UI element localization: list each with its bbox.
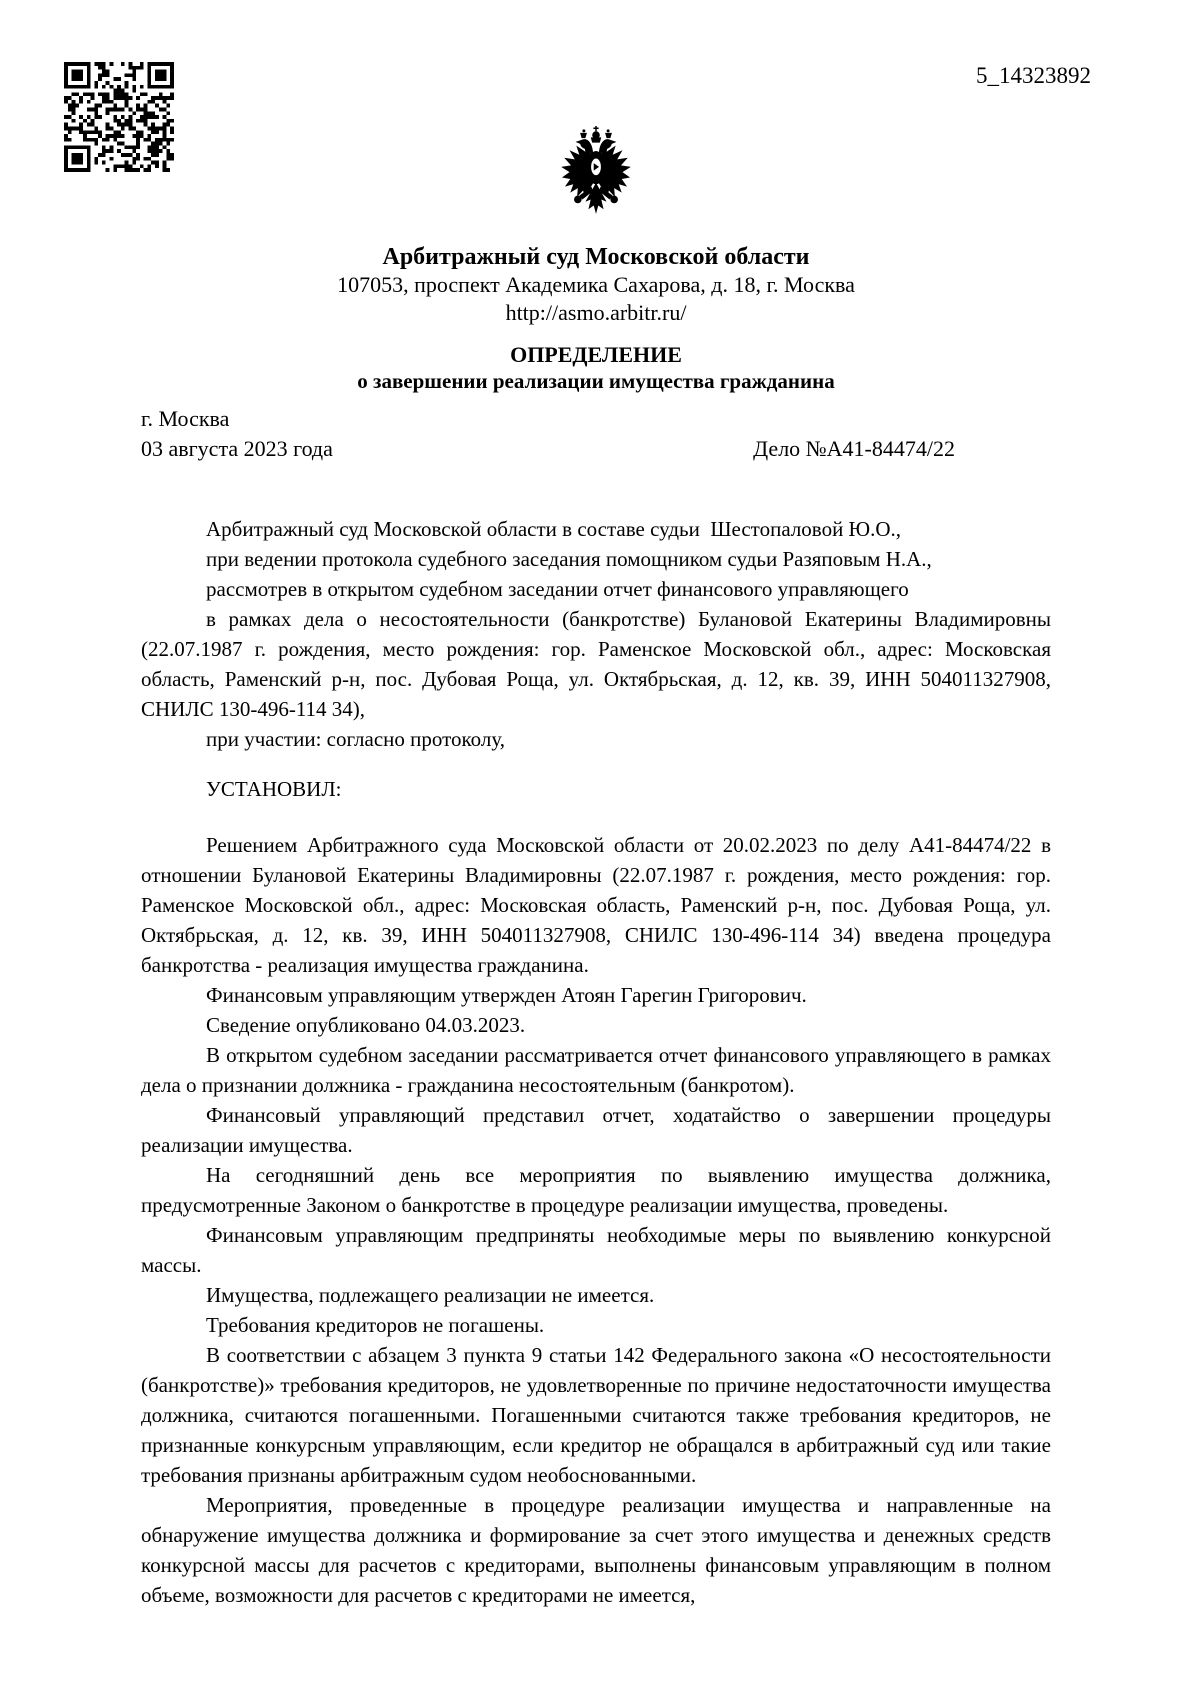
court-website: http://asmo.arbitr.ru/: [141, 299, 1051, 327]
preamble-review-line: рассмотрев в открытом судебном заседании…: [141, 574, 1051, 604]
document-number: 5_14323892: [976, 62, 1091, 90]
body-paragraph: Решением Арбитражного суда Московской об…: [141, 830, 1051, 980]
preamble-protocol-line: при ведении протокола судебного заседани…: [141, 544, 1051, 574]
preamble-case-paragraph: в рамках дела о несостоятельности (банкр…: [141, 604, 1051, 724]
document-date: 03 августа 2023 года: [141, 434, 333, 464]
body-paragraph: Финансовый управляющий представил отчет,…: [141, 1100, 1051, 1160]
case-number: Дело №А41-84474/22: [753, 434, 955, 464]
body-paragraph: Финансовым управляющим утвержден Атоян Г…: [141, 980, 1051, 1010]
established-heading: УСТАНОВИЛ:: [141, 774, 1051, 804]
body-paragraph: Сведение опубликовано 04.03.2023.: [141, 1010, 1051, 1040]
city-line: г. Москва: [141, 404, 1051, 434]
court-document-page: 5_14323892: [0, 0, 1191, 1684]
document-subtitle: о завершении реализации имущества гражда…: [141, 368, 1051, 394]
body-paragraph: В открытом судебном заседании рассматрив…: [141, 1040, 1051, 1100]
body-paragraph: На сегодняшний день все мероприятия по в…: [141, 1160, 1051, 1220]
preamble-participation-line: при участии: согласно протоколу,: [141, 724, 1051, 754]
body-paragraph: В соответствии с абзацем 3 пункта 9 стат…: [141, 1340, 1051, 1490]
document-type-title: ОПРЕДЕЛЕНИЕ: [141, 341, 1051, 368]
document-body: Решением Арбитражного суда Московской об…: [141, 830, 1051, 1610]
body-paragraph: Мероприятия, проведенные в процедуре реа…: [141, 1490, 1051, 1610]
body-paragraph: Требования кредиторов не погашены.: [141, 1310, 1051, 1340]
russian-coat-of-arms-icon: [558, 126, 634, 232]
qr-code-icon: [64, 62, 174, 172]
court-address: 107053, проспект Академика Сахарова, д. …: [141, 271, 1051, 299]
body-paragraph: Финансовым управляющим предприняты необх…: [141, 1220, 1051, 1280]
court-name: Арбитражный суд Московской области: [141, 243, 1051, 271]
preamble-judge-line: Арбитражный суд Московской области в сос…: [141, 514, 1051, 544]
body-paragraph: Имущества, подлежащего реализации не име…: [141, 1280, 1051, 1310]
preamble-section: Арбитражный суд Московской области в сос…: [141, 514, 1051, 754]
date-case-row: 03 августа 2023 года Дело №А41-84474/22: [141, 434, 1051, 464]
